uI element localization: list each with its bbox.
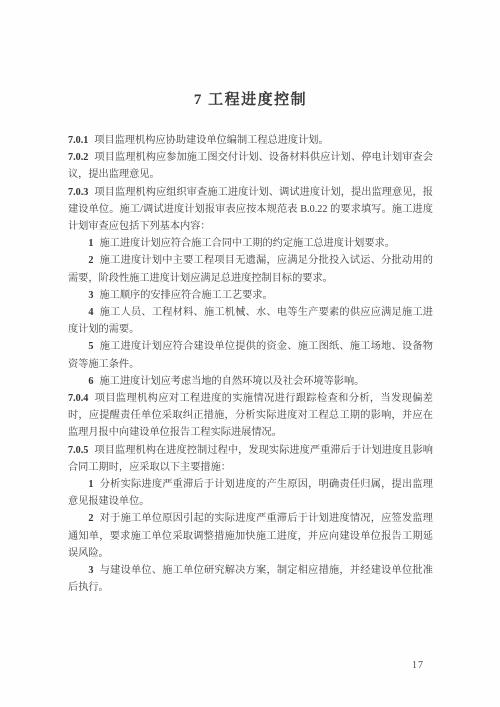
item-text: 与建设单位、施工单位研究解决方案，制定相应措施，并经建设单位批准后执行。 [68, 565, 433, 593]
item-number: 5 [88, 341, 93, 352]
clause-7-0-1: 7.0.1项目监理机构应协助建设单位编制工程总进度计划。 [68, 132, 433, 149]
item-number: 6 [88, 376, 93, 387]
item-number: 4 [88, 307, 93, 318]
clause-number: 7.0.2 [68, 152, 88, 163]
clause-text: 项目监理机构应对工程进度的实施情况进行跟踪检查和分析，当发现偏差时，应提醒责任单… [68, 393, 433, 438]
item-number: 3 [88, 565, 93, 576]
clause-text: 项目监理机构应协助建设单位编制工程总进度计划。 [94, 135, 328, 146]
clause-7-0-4: 7.0.4项目监理机构应对工程进度的实施情况进行跟踪检查和分析，当发现偏差时，应… [68, 390, 433, 442]
clause-number: 7.0.4 [68, 393, 88, 404]
item-number: 2 [88, 255, 93, 266]
item-text: 施工顺序的安排应符合施工工艺要求。 [99, 290, 272, 301]
item-text: 分析实际进度严重滞后于计划进度的产生原因，明确责任归属，提出监理意见报建设单位。 [68, 479, 433, 507]
clause-number: 7.0.1 [68, 135, 88, 146]
clause-7-0-3-item-3: 3施工顺序的安排应符合施工工艺要求。 [68, 287, 433, 304]
item-text: 施工进度计划应符合建设单位提供的资金、施工图纸、施工场地、设备物资等施工条件。 [68, 341, 433, 369]
clause-7-0-3: 7.0.3项目监理机构应组织审查施工进度计划、调试进度计划，提出监理意见，报建设… [68, 184, 433, 236]
clause-7-0-3-item-1: 1施工进度计划应符合施工合同中工期的约定施工总进度计划要求。 [68, 235, 433, 252]
clause-7-0-2: 7.0.2项目监理机构应参加施工图交付计划、设备材料供应计划、停电计划审查会议，… [68, 149, 433, 183]
item-number: 1 [88, 479, 93, 490]
clause-7-0-3-item-6: 6施工进度计划应考虑当地的自然环境以及社会环境等影响。 [68, 373, 433, 390]
item-number: 3 [88, 290, 93, 301]
item-text: 施工进度计划中主要工程项目无遗漏，应满足分批投入试运、分批动用的需要，阶段性施工… [68, 255, 433, 283]
item-text: 对于施工单位原因引起的实际进度严重滞后于计划进度情况，应签发监理通知单，要求施工… [68, 513, 433, 558]
clause-7-0-3-item-2: 2施工进度计划中主要工程项目无遗漏，应满足分批投入试运、分批动用的需要，阶段性施… [68, 252, 433, 286]
clause-7-0-3-item-4: 4施工人员、工程材料、施工机械、水、电等生产要素的供应应满足施工进度计划的需要。 [68, 304, 433, 338]
clause-7-0-3-item-5: 5施工进度计划应符合建设单位提供的资金、施工图纸、施工场地、设备物资等施工条件。 [68, 338, 433, 372]
document-page: 7 工程进度控制 7.0.1项目监理机构应协助建设单位编制工程总进度计划。 7.… [0, 0, 500, 707]
chapter-title: 7 工程进度控制 [68, 88, 433, 109]
clause-7-0-5-item-1: 1分析实际进度严重滞后于计划进度的产生原因，明确责任归属，提出监理意见报建设单位… [68, 476, 433, 510]
item-number: 1 [88, 238, 93, 249]
clause-7-0-5-item-3: 3与建设单位、施工单位研究解决方案，制定相应措施，并经建设单位批准后执行。 [68, 562, 433, 596]
clause-7-0-5-item-2: 2对于施工单位原因引起的实际进度严重滞后于计划进度情况，应签发监理通知单，要求施… [68, 510, 433, 562]
clause-7-0-5: 7.0.5项目监理机构在进度控制过程中，发现实际进度严重滞后于计划进度且影响合同… [68, 442, 433, 476]
item-text: 施工人员、工程材料、施工机械、水、电等生产要素的供应应满足施工进度计划的需要。 [68, 307, 433, 335]
clause-number: 7.0.3 [68, 187, 88, 198]
clause-text: 项目监理机构应组织审查施工进度计划、调试进度计划，提出监理意见，报建设单位。施工… [68, 187, 433, 232]
item-number: 2 [88, 513, 93, 524]
document-body: 7.0.1项目监理机构应协助建设单位编制工程总进度计划。 7.0.2项目监理机构… [68, 132, 433, 596]
clause-text: 项目监理机构在进度控制过程中，发现实际进度严重滞后于计划进度且影响合同工期时，应… [68, 445, 433, 473]
clause-text: 项目监理机构应参加施工图交付计划、设备材料供应计划、停电计划审查会议，提出监理意… [68, 152, 433, 180]
clause-number: 7.0.5 [68, 445, 88, 456]
item-text: 施工进度计划应符合施工合同中工期的约定施工总进度计划要求。 [99, 238, 394, 249]
page-number: 17 [412, 660, 424, 671]
item-text: 施工进度计划应考虑当地的自然环境以及社会环境等影响。 [99, 376, 364, 387]
